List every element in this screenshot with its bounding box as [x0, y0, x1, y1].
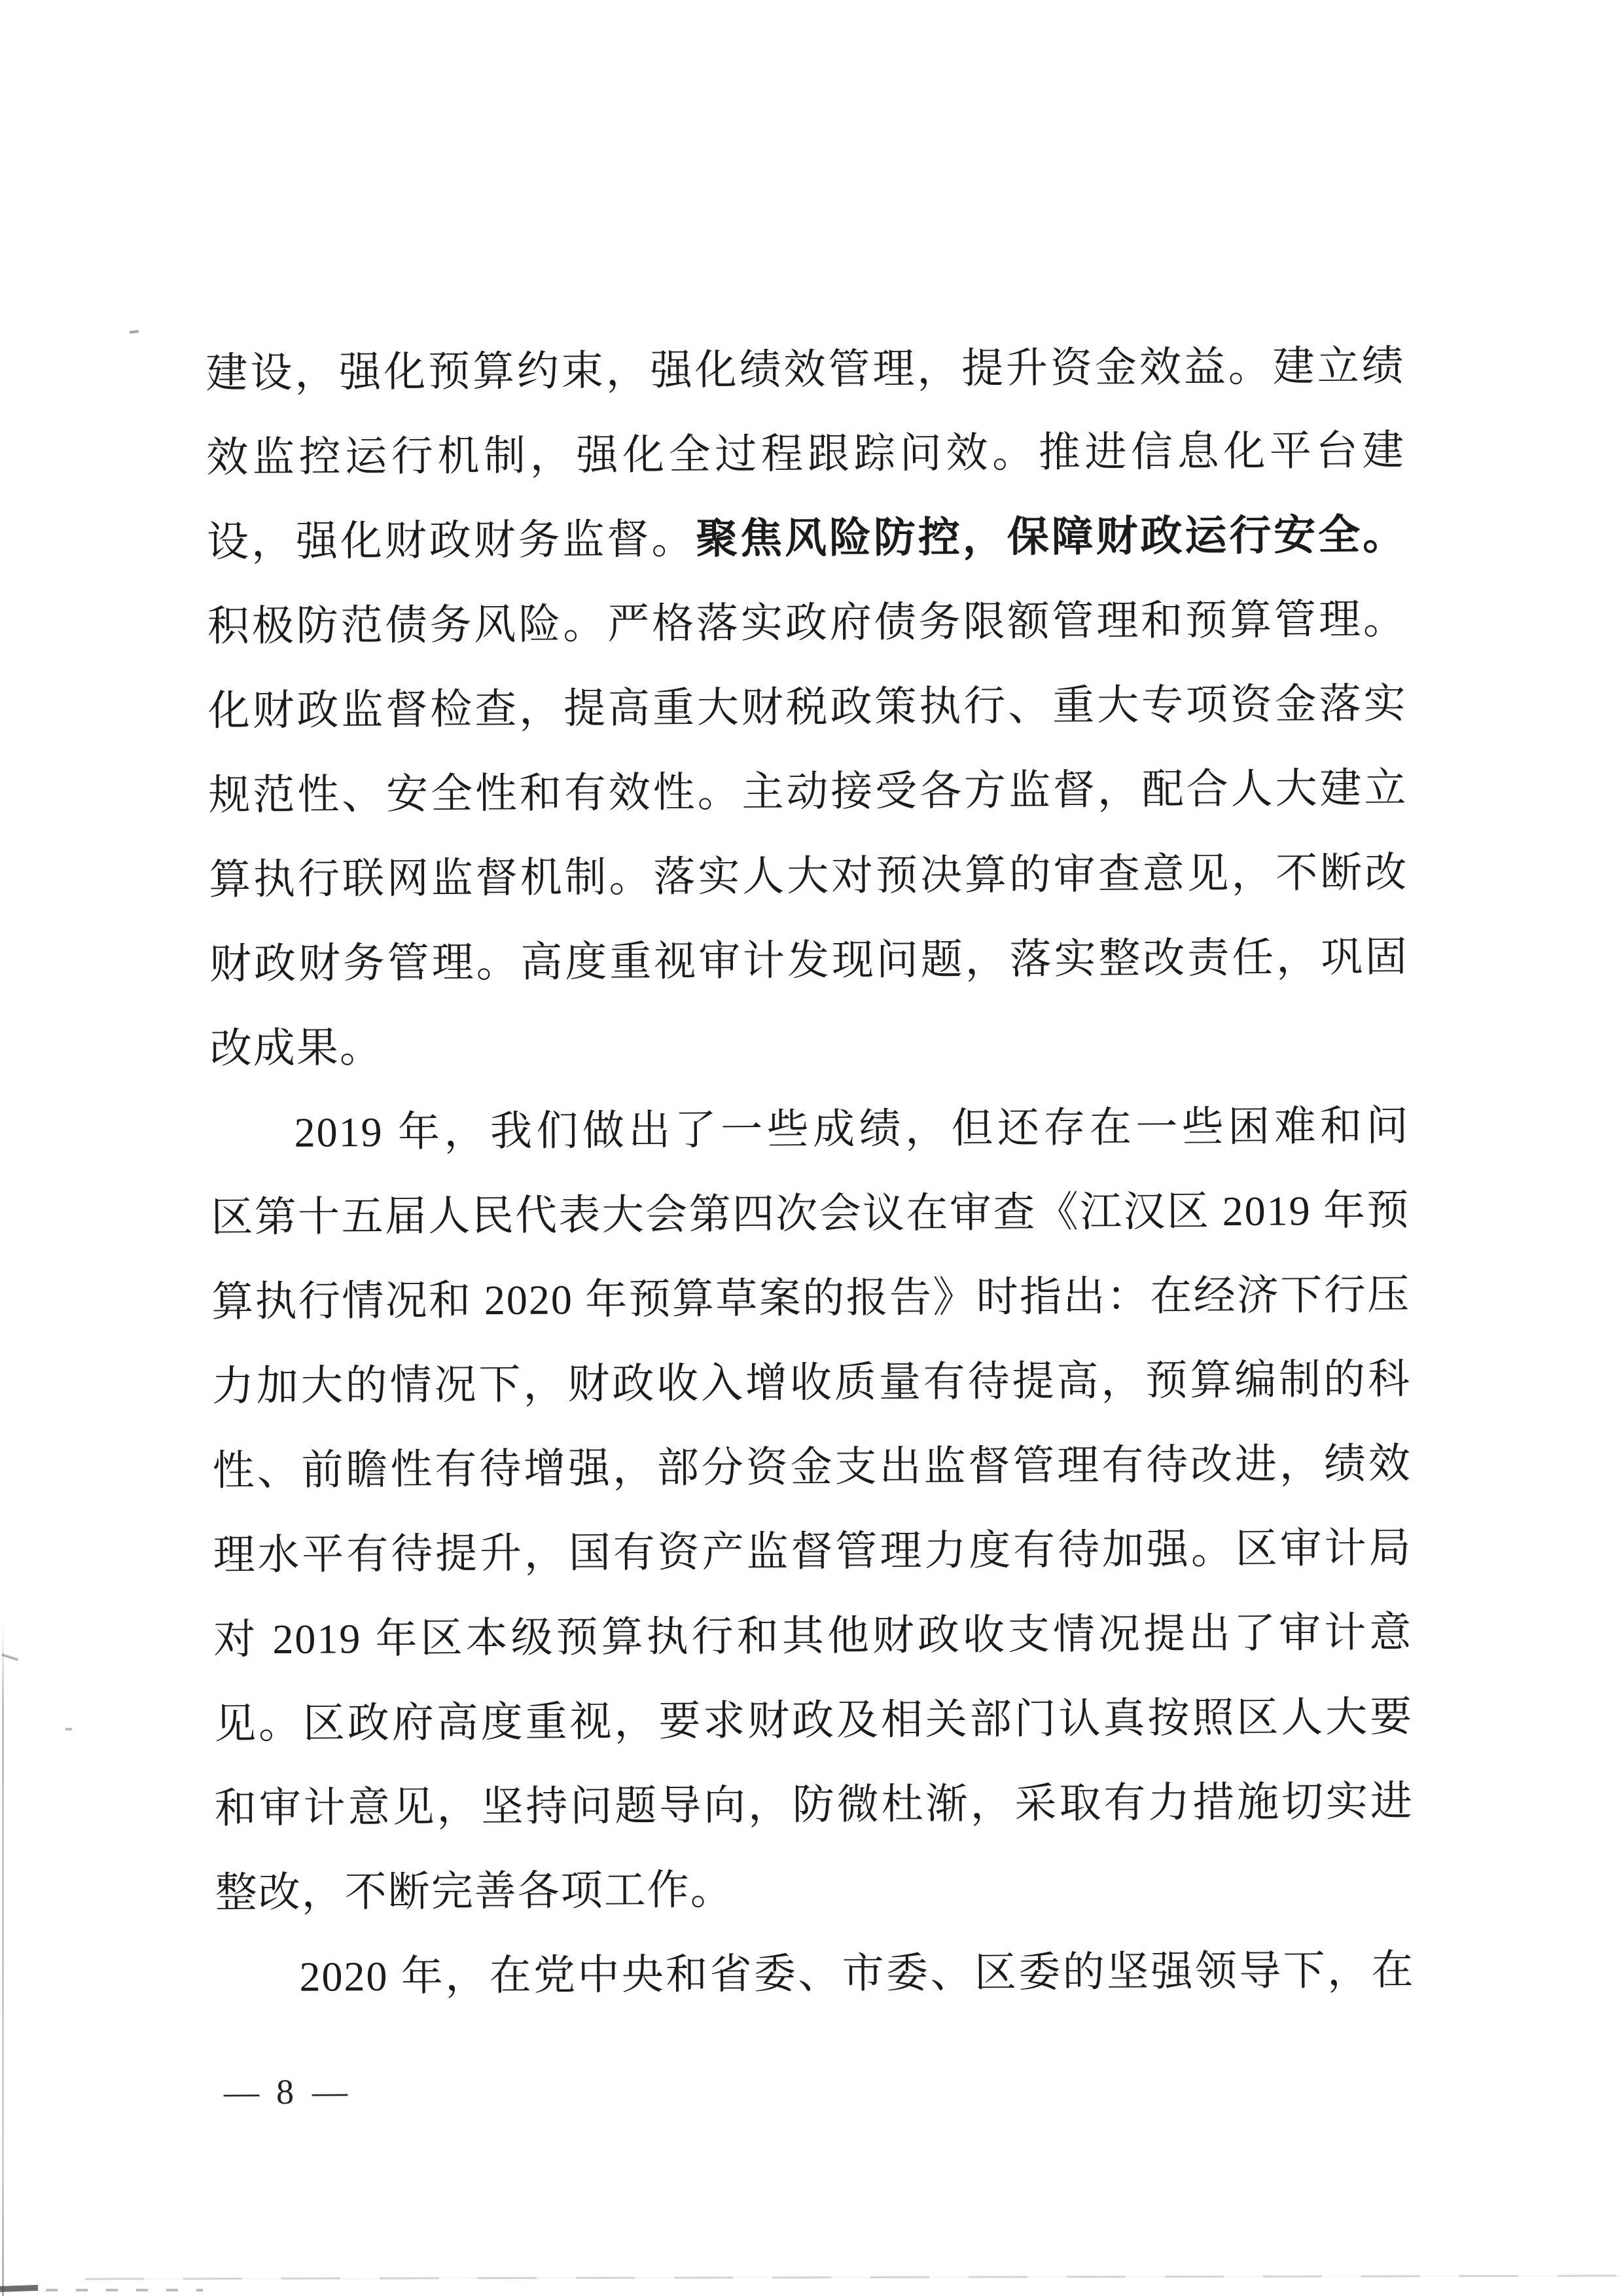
- text-run: 效监控运行机制，强化全过程跟踪问效。推进信息化平台建: [206, 427, 1405, 480]
- text-line: 和审计意见，坚持问题导向，防微杜渐，采取有力措施切实进行: [215, 1759, 1414, 1850]
- text-run: 算执行情况和 2020 年预算草案的报告》时指出：在经济下行压: [211, 1271, 1410, 1325]
- text-line: 财政财务管理。高度重视审计发现问题，落实整改责任，巩固整: [209, 914, 1409, 1006]
- scan-artifact-left-edge: [2, 1623, 4, 2296]
- text-run: 规范性、安全性和有效性。主动接受各方监督，配合人大建立预: [208, 764, 1407, 837]
- footer-right-dash: —: [312, 2072, 346, 2112]
- text-run: 理水平有待提升，国有资产监督管理力度有待加强。区审计局也: [213, 1524, 1412, 1597]
- text-line: 见。区政府高度重视，要求财政及相关部门认真按照区人大要求: [214, 1674, 1414, 1766]
- text-line: 性、前瞻性有待增强，部分资金支出监督管理有待改进，绩效管: [212, 1421, 1412, 1513]
- scanned-document-page: 建设，强化预算约束，强化绩效管理，提升资金效益。建立绩效监控运行机制，强化全过程…: [0, 0, 1623, 2296]
- text-run: 2020 年，在党中央和省委、市委、区委的坚强领导下，在: [299, 1946, 1414, 2000]
- page-footer: — 8 —: [224, 2072, 346, 2113]
- text-line: 算执行联网监督机制。落实人大对预决算的审查意见，不断改进: [209, 830, 1408, 922]
- text-run: 和审计意见，坚持问题导向，防微杜渐，采取有力措施切实进行: [215, 1778, 1414, 1850]
- text-run: 对 2019 年区本级预算执行和其他财政收支情况提出了审计意: [213, 1609, 1412, 1662]
- scan-artifact-bottom-dashes: [46, 2289, 203, 2291]
- text-run: 化财政监督检查，提高重大财税政策执行、重大专项资金落实的: [207, 680, 1406, 753]
- text-line: 2020 年，在党中央和省委、市委、区委的坚强领导下，在: [215, 1928, 1415, 2019]
- text-line: 化财政监督检查，提高重大财税政策执行、重大专项资金落实的: [207, 661, 1407, 753]
- text-run: 力加大的情况下，财政收入增收质量有待提高，预算编制的科学: [212, 1355, 1411, 1428]
- text-line: 设，强化财政财务监督。聚焦风险防控，保障财政运行安全。: [207, 492, 1406, 584]
- scan-artifact-bottom-left: [0, 2285, 38, 2292]
- scan-artifact-left-tick: [1, 1653, 18, 1661]
- scan-artifact-speck: [130, 330, 139, 333]
- text-line: 建设，强化预算约束，强化绩效管理，提升资金效益。建立绩: [205, 323, 1405, 415]
- text-line: 力加大的情况下，财政收入增收质量有待提高，预算编制的科学: [212, 1336, 1412, 1428]
- text-line: 理水平有待提升，国有资产监督管理力度有待加强。区审计局也: [213, 1505, 1412, 1597]
- text-line: 区第十五届人民代表大会第四次会议在审查《江汉区 2019 年预: [211, 1168, 1410, 1259]
- text-run: 设，强化财政财务监督。: [207, 516, 696, 565]
- text-run: 性、前瞻性有待增强，部分资金支出监督管理有待改进，绩效管: [213, 1440, 1412, 1513]
- text-run: 改成果。: [210, 1024, 383, 1072]
- text-line: 对 2019 年区本级预算执行和其他财政收支情况提出了审计意: [213, 1590, 1413, 1681]
- text-run: 积极防范债务风险。严格落实政府债务限额管理和预算管理。强: [207, 596, 1406, 668]
- text-run: 整改，不断完善各项工作。: [215, 1867, 733, 1916]
- scan-artifact-speck: [65, 1728, 72, 1731]
- text-run: 2019 年，我们做出了一些成绩，但还存在一些困难和问题。: [211, 1102, 1410, 1175]
- document-body: 建设，强化预算约束，强化绩效管理，提升资金效益。建立绩效监控运行机制，强化全过程…: [205, 323, 1415, 2019]
- text-line: 整改，不断完善各项工作。: [215, 1843, 1414, 1935]
- text-line: 效监控运行机制，强化全过程跟踪问效。推进信息化平台建: [206, 408, 1406, 499]
- text-line: 2019 年，我们做出了一些成绩，但还存在一些困难和问题。: [210, 1083, 1410, 1175]
- scan-artifact-bottom-line: [85, 2275, 1623, 2280]
- text-run: 算执行联网监督机制。落实人大对预决算的审查意见，不断改进: [209, 849, 1408, 922]
- text-run: 财政财务管理。高度重视审计发现问题，落实整改责任，巩固整: [209, 933, 1408, 1006]
- text-run: 区第十五届人民代表大会第四次会议在审查《江汉区 2019 年预: [211, 1187, 1410, 1240]
- page-number: 8: [276, 2072, 294, 2112]
- text-line: 规范性、安全性和有效性。主动接受各方监督，配合人大建立预: [208, 745, 1408, 837]
- text-line: 改成果。: [209, 999, 1409, 1090]
- text-run: 见。区政府高度重视，要求财政及相关部门认真按照区人大要求: [214, 1693, 1413, 1766]
- text-line: 积极防范债务风险。严格落实政府债务限额管理和预算管理。强: [207, 577, 1407, 668]
- footer-left-dash: —: [224, 2072, 258, 2112]
- text-run: 建设，强化预算约束，强化绩效管理，提升资金效益。建立绩: [205, 342, 1404, 396]
- bold-text-run: 聚焦风险防控，保障财政运行安全。: [696, 511, 1406, 562]
- text-line: 算执行情况和 2020 年预算草案的报告》时指出：在经济下行压: [211, 1252, 1411, 1344]
